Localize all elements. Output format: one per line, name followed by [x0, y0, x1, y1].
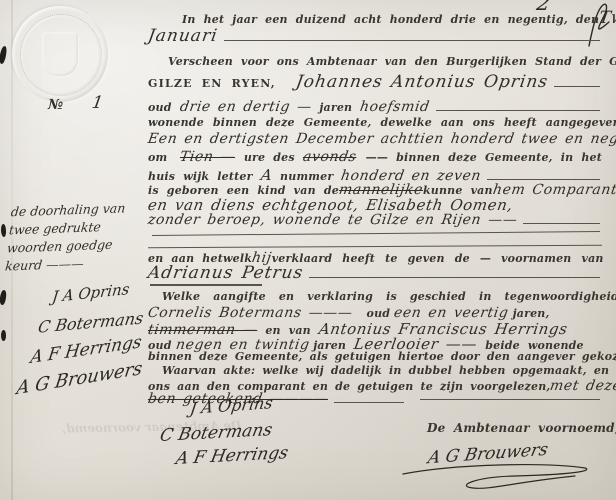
birthdate-handwritten: Een en dertigsten December achttien hond…	[147, 131, 616, 147]
heavy-rule	[150, 284, 262, 286]
printed-witness-close: binnen deze Gemeente, als getuigen hiert…	[148, 350, 616, 363]
child-names-line: Adrianus Petrus	[148, 263, 602, 283]
ruled-blank	[334, 401, 404, 403]
ruled-blank	[523, 222, 600, 224]
closing-handwritten: met dezelven heb	[549, 378, 616, 394]
binding-ink-mark	[0, 290, 7, 305]
birth-record-scan: 2 № 1 In het jaar een duizend acht honde…	[0, 0, 616, 500]
header-year-line: In het jaar een duizend acht honderd dri…	[148, 8, 602, 28]
printed-residence-text: wonende binnen deze Gemeente, dewelke aa…	[148, 116, 616, 129]
ruled-blank	[487, 178, 600, 180]
mother-occupation-handwritten: zonder beroep, wonende te Gilze en Rijen…	[147, 212, 519, 228]
ruled-blank	[224, 39, 600, 41]
child-given-names-handwritten: Adrianus Petrus	[146, 263, 304, 283]
age-occupation-line: oud drie en dertig — jaren hoefsmid	[148, 99, 602, 115]
header-appeared-line: Verscheen voor ons Ambtenaar van den Bur…	[148, 55, 602, 68]
act-number-value: 1	[90, 93, 105, 113]
occupation-handwritten: hoefsmid	[359, 99, 431, 115]
mother-occupation-line: zonder beroep, wonende te Gilze en Rijen…	[148, 212, 602, 228]
binding-ink-mark	[1, 330, 7, 341]
printed-waarvan-akte: Waarvan akte: welke wij dadelijk in dubb…	[162, 364, 616, 377]
header-month-line: Januari	[148, 26, 602, 46]
time-line: om Tien — ure des avonds —— binnen deze …	[148, 149, 602, 165]
act-number-label: №	[48, 97, 63, 113]
signature-flourish	[395, 456, 595, 492]
ruled-blank	[436, 109, 600, 111]
closing-line3: ben geteekend ————	[148, 391, 406, 407]
printed-binnen-gemeente: —— binnen deze Gemeente, in het	[366, 151, 602, 164]
age-handwritten: drie en dertig —	[178, 99, 312, 115]
witness1-name-handwritten: Cornelis Botermans ———	[147, 305, 354, 321]
hour-handwritten: Tien —	[179, 149, 237, 165]
witness1-line: Cornelis Botermans ——— oud een en veerti…	[148, 305, 602, 321]
municipality-name: GILZE EN RYEN,	[148, 77, 276, 90]
margin-note-line: keurd ———	[4, 253, 144, 276]
binding-ink-mark	[0, 224, 6, 237]
official-title-label: De Ambtenaar voornoemd,	[427, 421, 616, 435]
closing-line1: Waarvan akte: welke wij dadelijk in dubb…	[148, 364, 602, 377]
embossed-seal	[12, 6, 108, 102]
binding-ink-mark	[0, 46, 7, 65]
ruled-blank	[309, 276, 600, 278]
ruled-blank-line	[420, 399, 600, 400]
embossed-seal-shield	[42, 32, 78, 76]
time-of-day-handwritten: avonds	[302, 149, 358, 165]
witness-close-line: binnen deze Gemeente, als getuigen hiert…	[148, 350, 602, 363]
margin-signature-witness1: C Botermans	[37, 308, 145, 337]
handwritten-day: Tweeden	[598, 8, 616, 28]
ruled-blank-line	[152, 231, 600, 236]
residence-line: wonende binnen deze Gemeente, dewelke aa…	[148, 116, 602, 129]
margin-signature-declarant: J A Oprins	[51, 280, 130, 306]
ruled-blank-line	[148, 245, 602, 248]
header-declarant-line: GILZE EN RYEN, Johannes Antonius Oprins	[148, 72, 602, 92]
printed-jaren: jaren	[319, 101, 352, 114]
printed-oud: oud	[148, 101, 172, 114]
ruled-blank	[554, 85, 600, 87]
printed-ure-des: ure des	[244, 151, 295, 164]
witness-intro-line: Welke aangifte en verklaring is geschied…	[148, 290, 602, 303]
printed-year-text: In het jaar een duizend acht honderd dri…	[182, 13, 599, 26]
margin-annotation: de doorhaling van twee gedrukte woorden …	[4, 198, 150, 275]
printed-oud2: oud	[367, 307, 391, 320]
birthdate-line: Een en dertigsten December achttien hond…	[148, 131, 602, 147]
printed-witness-intro: Welke aangifte en verklaring is geschied…	[162, 290, 616, 303]
witness1-age-handwritten: een en veertig	[393, 305, 510, 321]
printed-appeared-text: Verscheen voor ons Ambtenaar van den Bur…	[168, 55, 616, 68]
handwritten-month: Januari	[146, 26, 219, 46]
signature-witness2: A F Herrings	[174, 443, 290, 469]
printed-jaren2: jaren,	[513, 307, 550, 320]
printed-om: om	[148, 151, 167, 164]
declarant-name-handwritten: Johannes Antonius Oprins	[294, 72, 549, 92]
